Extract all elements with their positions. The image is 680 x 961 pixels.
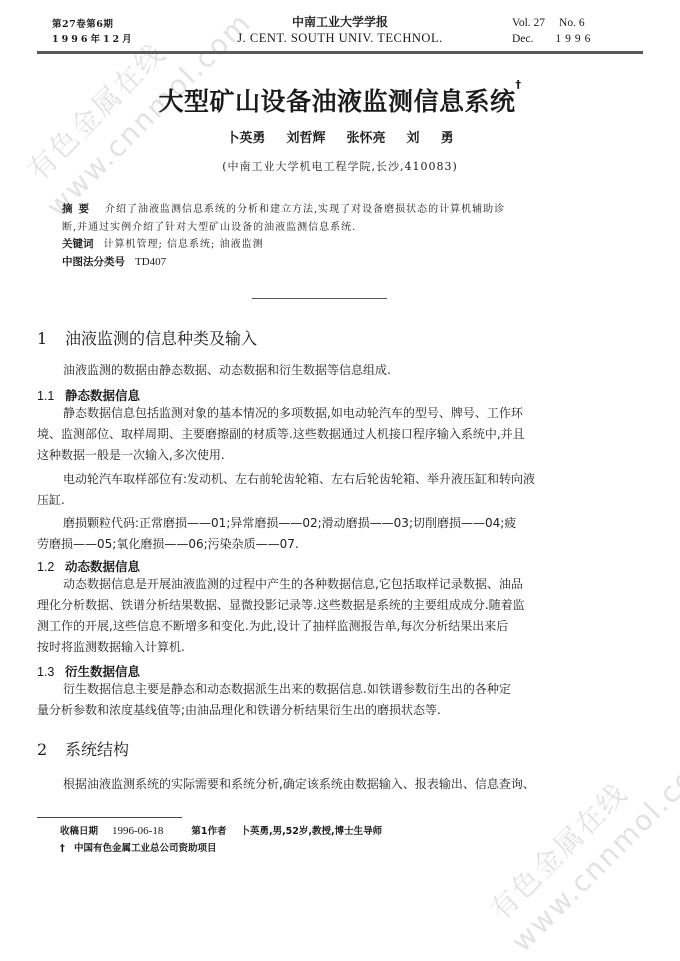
paragraph-1-3: 衍生数据信息主要是静态和动态数据派生出来的数据信息.如铁谱参数衍生出的各种定 量…	[37, 679, 637, 721]
paper-title: 大型矿山设备油液监测信息系统†	[0, 82, 680, 118]
section-2-intro: 根据油液监测系统的实际需要和系统分析,确定该系统由数据输入、报表输出、信息查询、	[37, 774, 637, 795]
section-number: 1	[37, 329, 65, 348]
journal-name-en: J. CENT. SOUTH UNIV. TECHNOL.	[190, 30, 490, 46]
title-dagger-mark: †	[516, 78, 522, 91]
paper-title-text: 大型矿山设备油液监测信息系统	[158, 87, 515, 116]
keywords-text: 计算机管理; 信息系统; 油液监测	[104, 239, 264, 250]
paragraph-1-1-b: 电动轮汽车取样部位有:发动机、左右前轮齿轮箱、左右后轮齿轮箱、举升液压缸和转向液…	[37, 469, 637, 511]
footnote-rule	[37, 817, 182, 818]
abstract-block: 摘要介绍了油液监测信息系统的分析和建立方法,实现了对设备磨损状态的计算机辅助诊 …	[62, 201, 622, 271]
header-issue: 第27卷第6期	[52, 17, 135, 32]
paragraph-line: 压缸.	[37, 493, 65, 507]
header-year: 1996	[555, 31, 594, 47]
first-author-label: 第1作者	[191, 826, 226, 837]
paragraph-text: 油液监测的数据由静态数据、动态数据和衍生数据等信息组成.	[63, 363, 391, 377]
section-title: 油液监测的信息种类及输入	[65, 329, 257, 348]
clc-line: 中图法分类号TD407	[62, 254, 622, 272]
paragraph-line: 理化分析数据、铁谱分析结果数据、显微投影记录等.这些数据是系统的主要组成成分.随…	[37, 598, 525, 612]
abstract-text-2: 断,并通过实例介绍了针对大型矿山设备的油液监测信息系统.	[62, 222, 356, 233]
subsection-heading-1-3: 1.3衍生数据信息	[37, 662, 140, 680]
received-date: 1996-06-18	[112, 825, 163, 837]
paragraph-line: 劳磨损——05;氧化磨损——06;污染杂质——07.	[37, 537, 299, 551]
clc-label: 中图法分类号	[62, 256, 125, 268]
subsection-heading-1-2: 1.2动态数据信息	[37, 557, 140, 575]
first-author-info: 卜英勇,男,52岁,教授,博士生导师	[240, 826, 382, 837]
dagger-mark: †	[60, 840, 74, 858]
paragraph-line: 这种数据一般是一次输入,多次使用.	[37, 448, 225, 462]
paragraph-line: 衍生数据信息主要是静态和动态数据派生出来的数据信息.如铁谱参数衍生出的各种定	[63, 682, 511, 696]
clc-code: TD407	[135, 256, 166, 268]
paragraph-1-1-a: 静态数据信息包括监测对象的基本情况的多项数据,如电动轮汽车的型号、牌号、工作环 …	[37, 403, 637, 466]
header-issue-info: 第27卷第6期 1996年12月	[52, 17, 135, 47]
abstract-line-2: 断,并通过实例介绍了针对大型矿山设备的油液监测信息系统.	[62, 219, 622, 237]
header-number: No. 6	[559, 15, 585, 31]
header-volume-info: Vol. 27 No. 6 Dec. 1996	[512, 15, 594, 47]
paragraph-1-2: 动态数据信息是开展油液监测的过程中产生的各种数据信息,它包括取样记录数据、油品 …	[37, 574, 637, 658]
paragraph-1-1-c: 磨损颗粒代码:正常磨损——01;异常磨损——02;滑动磨损——03;切削磨损——…	[37, 513, 637, 555]
paragraph-line: 磨损颗粒代码:正常磨损——01;异常磨损——02;滑动磨损——03;切削磨损——…	[63, 516, 516, 530]
footnote-funding: †中国有色金属工业总公司资助项目	[60, 840, 217, 858]
received-label: 收稿日期	[60, 826, 98, 837]
subsection-title: 衍生数据信息	[65, 664, 140, 679]
paragraph-text: 根据油液监测系统的实际需要和系统分析,确定该系统由数据输入、报表输出、信息查询、	[63, 777, 535, 791]
section-heading-1: 1油液监测的信息种类及输入	[37, 326, 257, 349]
paragraph-line: 按时将监测数据输入计算机.	[37, 640, 185, 654]
paragraph-line: 境、监测部位、取样周期、主要磨擦副的材质等.这些数据通过人机接口程序输入系统中,…	[37, 427, 525, 441]
abstract-separator	[252, 298, 387, 299]
subsection-number: 1.2	[37, 560, 65, 574]
abstract-line-1: 摘要介绍了油液监测信息系统的分析和建立方法,实现了对设备磨损状态的计算机辅助诊	[62, 201, 622, 219]
paper-authors: 卜英勇 刘哲辉 张怀亮 刘 勇	[0, 127, 680, 146]
journal-name-cn: 中南工业大学学报	[190, 14, 490, 30]
abstract-text-1: 介绍了油液监测信息系统的分析和建立方法,实现了对设备磨损状态的计算机辅助诊	[105, 204, 505, 215]
keywords-line: 关键词计算机管理; 信息系统; 油液监测	[62, 236, 622, 254]
abstract-label: 摘要	[62, 203, 95, 215]
section-number: 2	[37, 740, 65, 759]
paragraph-line: 测工作的开展,这些信息不断增多和变化.为此,设计了抽样监测报告单,每次分析结果出…	[37, 619, 508, 633]
paragraph-line: 量分析参数和浓度基线值等;由油品理化和铁谱分析结果衍生出的磨损状态等.	[37, 703, 441, 717]
footnote-received: 收稿日期1996-06-18第1作者卜英勇,男,52岁,教授,博士生导师	[60, 822, 382, 841]
header-month: Dec.	[512, 31, 533, 47]
keywords-label: 关键词	[62, 238, 94, 250]
funding-text: 中国有色金属工业总公司资助项目	[74, 843, 217, 854]
paragraph-line: 电动轮汽车取样部位有:发动机、左右前轮齿轮箱、左右后轮齿轮箱、举升液压缸和转向液	[63, 472, 535, 486]
page-top-rule	[37, 51, 643, 54]
subsection-number: 1.3	[37, 665, 65, 679]
subsection-title: 动态数据信息	[65, 559, 140, 574]
header-journal: 中南工业大学学报 J. CENT. SOUTH UNIV. TECHNOL.	[190, 14, 490, 46]
subsection-title: 静态数据信息	[65, 388, 140, 403]
paper-affiliation: (中南工业大学机电工程学院,长沙,410083)	[0, 158, 680, 174]
header-volume: Vol. 27	[512, 15, 545, 31]
section-title: 系统结构	[65, 740, 129, 759]
paragraph-line: 静态数据信息包括监测对象的基本情况的多项数据,如电动轮汽车的型号、牌号、工作环	[63, 406, 523, 420]
subsection-heading-1-1: 1.1静态数据信息	[37, 386, 140, 404]
section-heading-2: 2系统结构	[37, 737, 129, 760]
section-1-intro: 油液监测的数据由静态数据、动态数据和衍生数据等信息组成.	[37, 360, 637, 381]
header-date: 1996年12月	[52, 32, 135, 47]
paragraph-line: 动态数据信息是开展油液监测的过程中产生的各种数据信息,它包括取样记录数据、油品	[63, 577, 523, 591]
subsection-number: 1.1	[37, 389, 65, 403]
